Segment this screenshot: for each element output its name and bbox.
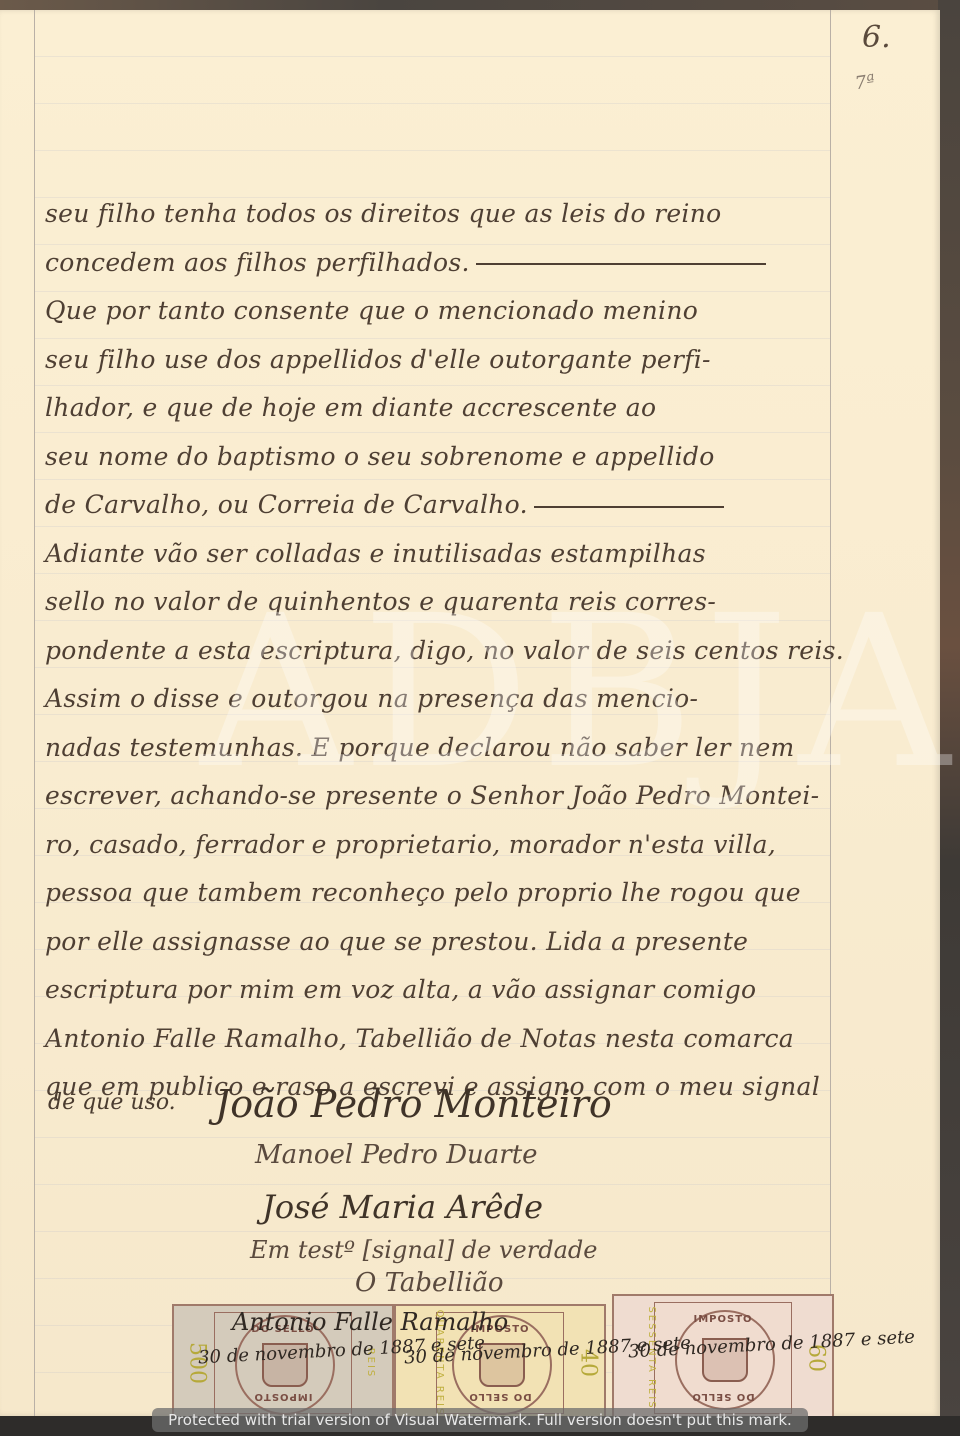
line-text: de Carvalho, ou Correia de Carvalho. [45,490,528,519]
handwritten-line: de Carvalho, ou Correia de Carvalho. [45,481,835,530]
handwritten-line: pondente a esta escriptura, digo, no val… [45,627,835,676]
handwritten-line: nadas testemunhas. E porque declarou não… [45,724,835,773]
handwritten-line: que em publico e raso a escrevi e assign… [45,1063,835,1112]
stamp-signature-overwrite: Antonio Falle Ramalho [232,1308,508,1336]
handwritten-line: seu nome do baptismo o seu sobrenome e a… [45,433,835,482]
stamp-footer: IMPOSTO [174,1391,392,1402]
handwritten-line: sello no valor de quinhentos e quarenta … [45,578,835,627]
line-text: sello no valor de quinhentos e quarenta … [45,587,716,616]
line-text: Que por tanto consente que o mencionado … [45,296,698,325]
line-text: pondente a esta escriptura, digo, no val… [45,636,844,665]
book-binding-right [938,0,960,1436]
line-text: lhador, e que de hoje em diante accresce… [45,393,656,422]
line-text: Assim o disse e outorgou na presença das… [45,684,698,713]
line-text: ro, casado, ferrador e proprietario, mor… [45,830,776,859]
stamp-footer: DO SELLO [396,1391,604,1402]
line-text: Antonio Falle Ramalho, Tabellião de Nota… [45,1024,794,1053]
handwritten-line: ro, casado, ferrador e proprietario, mor… [45,821,835,870]
handwritten-line: seu filho tenha todos os direitos que as… [45,190,835,239]
page-number: 6. [862,20,891,55]
handwritten-body: seu filho tenha todos os direitos que as… [45,190,835,1112]
trial-watermark-banner: Protected with trial version of Visual W… [152,1408,808,1432]
line-text: escriptura por mim em voz alta, a vão as… [45,975,756,1004]
line-text: por elle assignasse ao que se prestou. L… [45,927,748,956]
handwritten-line: escriptura por mim em voz alta, a vão as… [45,966,835,1015]
line-filler-stroke [476,263,766,265]
handwritten-line: Que por tanto consente que o mencionado … [45,287,835,336]
handwritten-line: Assim o disse e outorgou na presença das… [45,675,835,724]
line-filler-stroke [534,506,724,508]
handwritten-line: Antonio Falle Ramalho, Tabellião de Nota… [45,1015,835,1064]
handwritten-line: por elle assignasse ao que se prestou. L… [45,918,835,967]
page-annotation: 7ª [854,71,877,95]
handwritten-line: seu filho use dos appellidos d'elle outo… [45,336,835,385]
handwritten-line: lhador, e que de hoje em diante accresce… [45,384,835,433]
line-text: seu nome do baptismo o seu sobrenome e a… [45,442,715,471]
tax-stamps: DO SELLO IMPOSTO 500 REIS IMPOSTO DO SEL… [0,1304,940,1424]
document-page: 6. 7ª seu filho tenha todos os direitos … [0,10,940,1416]
line-text: nadas testemunhas. E porque declarou não… [45,733,795,762]
line-text: Adiante vão ser colladas e inutilisadas … [45,539,706,568]
line-text: que em publico e raso a escrevi e assign… [45,1072,820,1101]
handwritten-line: pessoa que tambem reconheço pelo proprio… [45,869,835,918]
line-text: escrever, achando-se presente o Senhor J… [45,781,819,810]
line-text: pessoa que tambem reconheço pelo proprio… [45,878,801,907]
handwritten-line: escrever, achando-se presente o Senhor J… [45,772,835,821]
handwritten-line: Adiante vão ser colladas e inutilisadas … [45,530,835,579]
line-text: concedem aos filhos perfilhados. [45,248,470,277]
left-margin-rule [34,10,35,1416]
handwritten-line: concedem aos filhos perfilhados. [45,239,835,288]
line-text: seu filho use dos appellidos d'elle outo… [45,345,711,374]
line-text: seu filho tenha todos os direitos que as… [45,199,721,228]
